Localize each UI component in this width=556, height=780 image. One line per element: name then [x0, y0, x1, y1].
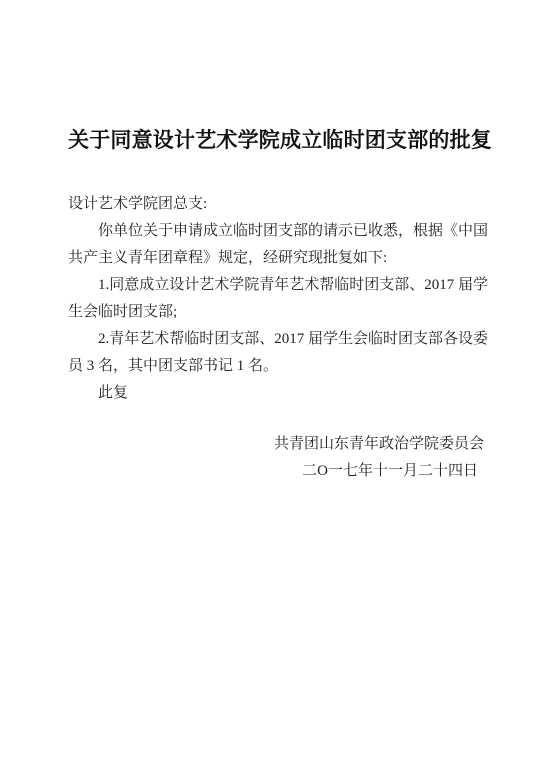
item1-line2: 生会临时团支部;	[68, 299, 488, 326]
salutation-line: 设计艺术学院团总支:	[68, 191, 488, 218]
document-title: 关于同意设计艺术学院成立临时团支部的批复	[68, 125, 488, 155]
signature-block: 共青团山东青年政治学院委员会 二O一七年十一月二十四日	[68, 431, 488, 485]
document-body: 设计艺术学院团总支: 你单位关于申请成立临时团支部的请示已收悉，根据《中国 共产…	[68, 191, 488, 407]
item2-line2: 员 3 名，其中团支部书记 1 名。	[68, 353, 488, 380]
issuing-organization: 共青团山东青年政治学院委员会	[68, 431, 488, 458]
paragraph1-line1: 你单位关于申请成立临时团支部的请示已收悉，根据《中国	[68, 218, 488, 245]
item2-line1: 2.青年艺术帮临时团支部、2017 届学生会临时团支部各设委	[68, 326, 488, 353]
closing-line: 此复	[68, 380, 488, 407]
document-date: 二O一七年十一月二十四日	[68, 458, 488, 485]
item1-line1: 1.同意成立设计艺术学院青年艺术帮临时团支部、2017 届学	[68, 272, 488, 299]
paragraph1-line2: 共产主义青年团章程》规定，经研究现批复如下:	[68, 245, 488, 272]
document-page: 关于同意设计艺术学院成立临时团支部的批复 设计艺术学院团总支: 你单位关于申请成…	[0, 0, 556, 780]
